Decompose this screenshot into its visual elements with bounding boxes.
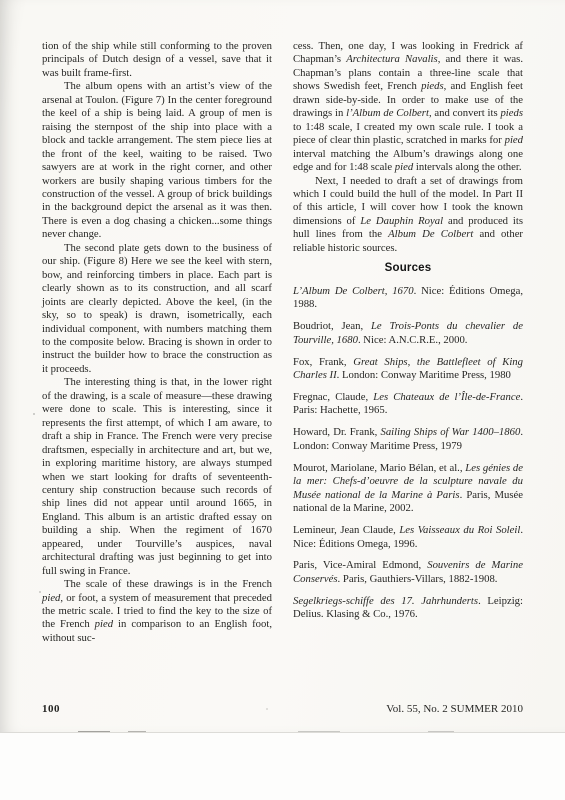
source-entry: Boudriot, Jean, Le Trois-Ponts du cheval… — [293, 320, 523, 347]
source-entry: Paris, Vice-Amiral Edmond, Souvenirs de … — [293, 559, 523, 586]
paragraph: The album opens with an artist’s view of… — [42, 80, 272, 241]
scan-speck — [33, 413, 35, 415]
paragraph: The scale of these drawings is in the Fr… — [42, 578, 272, 645]
sources-list: L’Album De Colbert, 1670. Nice: Éditions… — [293, 285, 523, 622]
page-edge-artifact — [128, 731, 146, 732]
source-entry: Fox, Frank, Great Ships, the Battlefleet… — [293, 356, 523, 383]
scan-speck — [39, 591, 41, 593]
scan-speck — [266, 708, 268, 710]
paragraph: The interesting thing is that, in the lo… — [42, 376, 272, 578]
page-number: 100 — [42, 703, 60, 715]
paragraph: cess. Then, one day, I was looking in Fr… — [293, 40, 523, 175]
source-entry: Mourot, Mariolane, Mario Bélan, et al., … — [293, 462, 523, 516]
paragraph: tion of the ship while still conforming … — [42, 40, 272, 80]
article-body: tion of the ship while still conforming … — [42, 40, 523, 645]
source-entry: Howard, Dr. Frank, Sailing Ships of War … — [293, 426, 523, 453]
page-footer: 100 Vol. 55, No. 2 SUMMER 2010 — [42, 703, 523, 715]
right-column-paragraphs: cess. Then, one day, I was looking in Fr… — [293, 40, 523, 255]
page-edge-artifact — [78, 731, 110, 732]
scanned-page: tion of the ship while still conforming … — [0, 0, 565, 733]
source-entry: Lemineur, Jean Claude, Les Vaisseaux du … — [293, 524, 523, 551]
source-entry: Segelkriegs-schiffe des 17. Jahrhunderts… — [293, 595, 523, 622]
source-entry: Fregnac, Claude, Les Chateaux de l’Île-d… — [293, 391, 523, 418]
page-edge-artifact — [298, 731, 340, 732]
sources-heading: Sources — [293, 262, 523, 275]
paragraph: Next, I needed to draft a set of drawing… — [293, 175, 523, 256]
page-edge-artifact — [428, 731, 454, 732]
right-column: cess. Then, one day, I was looking in Fr… — [293, 40, 523, 645]
source-entry: L’Album De Colbert, 1670. Nice: Éditions… — [293, 285, 523, 312]
paragraph: The second plate gets down to the busine… — [42, 242, 272, 377]
volume-issue-line: Vol. 55, No. 2 SUMMER 2010 — [386, 703, 523, 715]
left-column: tion of the ship while still conforming … — [42, 40, 272, 645]
